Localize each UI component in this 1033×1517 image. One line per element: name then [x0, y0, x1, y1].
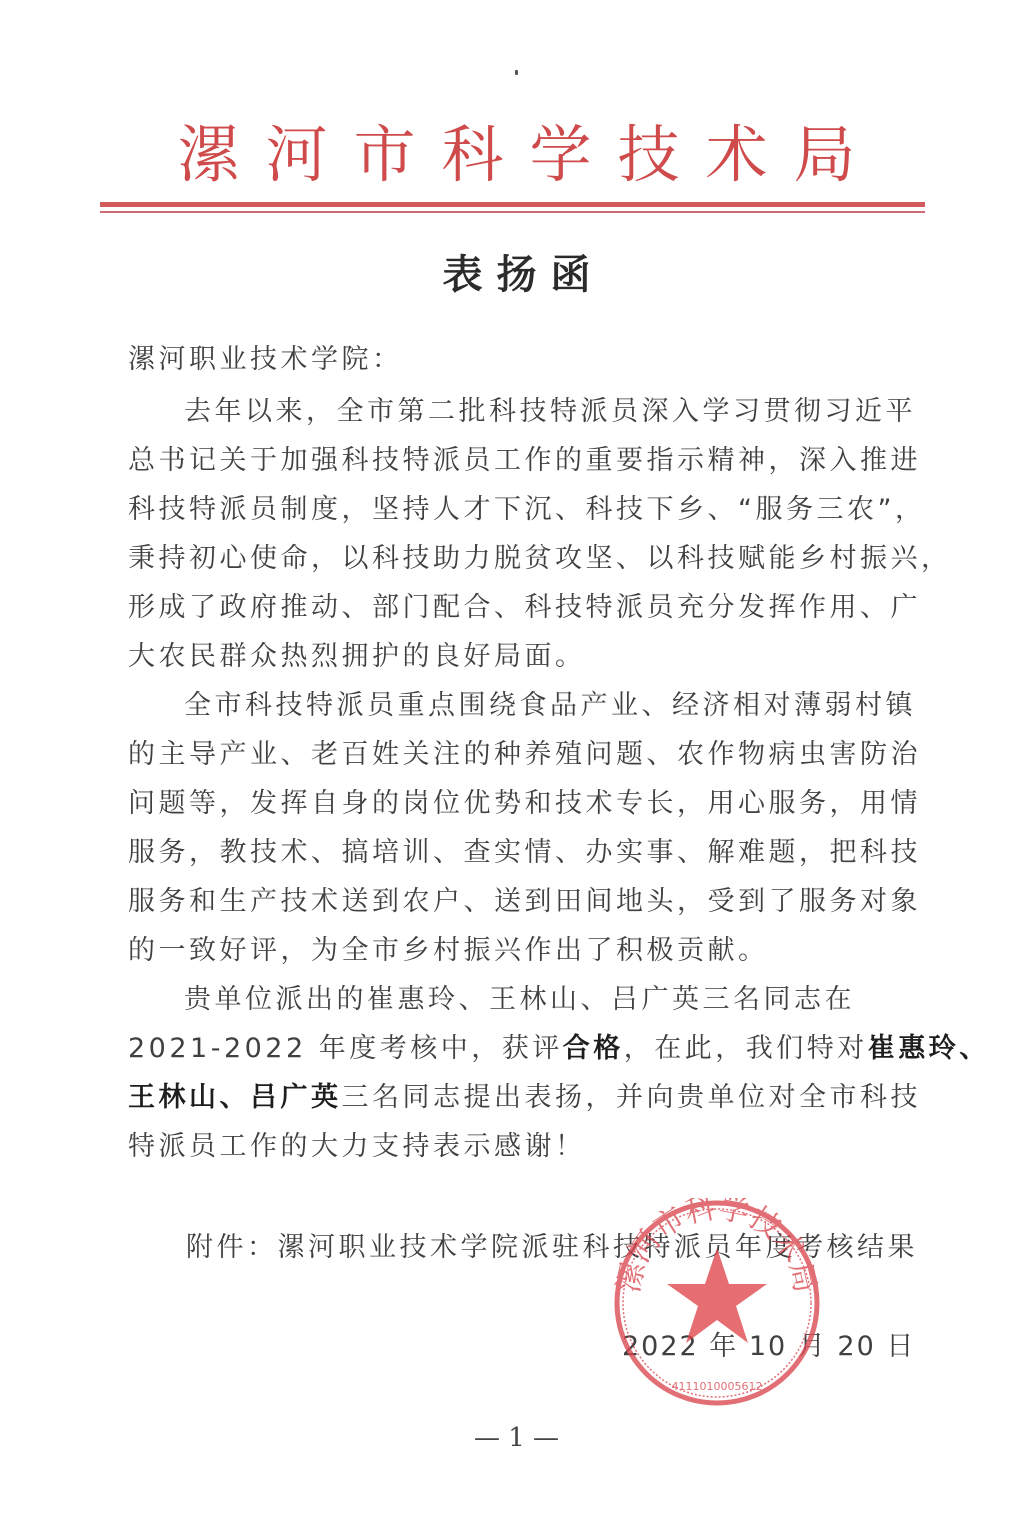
commended-name: 崔惠玲、	[868, 1033, 990, 1064]
paragraph-1-line: 形成了政府推动、部门配合、科技特派员充分发挥作用、广	[128, 583, 918, 632]
paragraph-3-line: 贵单位派出的崔惠玲、王林山、吕广英三名同志在	[128, 975, 918, 1024]
paragraph-2-line: 问题等，发挥自身的岗位优势和技术专长，用心服务，用情	[128, 779, 918, 828]
letterhead-title: 漯河市科学技术局	[0, 110, 1033, 200]
salutation: 漯河职业技术学院：	[128, 335, 918, 384]
paragraph-1-line: 科技特派员制度，坚持人才下沉、科技下乡、“服务三农”，	[128, 485, 918, 534]
paragraph-3-line: 特派员工作的大力支持表示感谢！	[128, 1122, 918, 1171]
paragraph-1-line: 秉持初心使命，以科技助力脱贫攻坚、以科技赋能乡村振兴，	[128, 534, 918, 583]
assessment-period-text: 2021-2022 年度考核中，获评	[128, 1033, 563, 1064]
letterhead-rule-thick	[100, 202, 925, 207]
commended-names: 王林山、吕广英	[128, 1082, 342, 1113]
paragraph-3-text: ，在此，我们特对	[624, 1033, 868, 1064]
paragraph-1: 去年以来，全市第二批科技特派员深入学习贯彻习近平 总书记关于加强科技特派员工作的…	[128, 387, 918, 681]
paragraph-3-line: 王林山、吕广英三名同志提出表扬，并向贵单位对全市科技	[128, 1073, 918, 1122]
scan-artifact-dot	[515, 70, 518, 75]
assessment-result: 合格	[563, 1033, 624, 1064]
paragraph-1-line: 去年以来，全市第二批科技特派员深入学习贯彻习近平	[128, 387, 918, 436]
attachment-note: 附件：漯河职业技术学院派驻科技特派员年度考核结果	[186, 1223, 918, 1272]
paragraph-3-line: 2021-2022 年度考核中，获评合格，在此，我们特对崔惠玲、	[128, 1024, 918, 1073]
paragraph-2: 全市科技特派员重点围绕食品产业、经济相对薄弱村镇 的主导产业、老百姓关注的种养殖…	[128, 681, 918, 975]
paragraph-3-text: 三名同志提出表扬，并向贵单位对全市科技	[342, 1082, 922, 1113]
paragraph-2-line: 全市科技特派员重点围绕食品产业、经济相对薄弱村镇	[128, 681, 918, 730]
paragraph-3: 贵单位派出的崔惠玲、王林山、吕广英三名同志在 2021-2022 年度考核中，获…	[128, 975, 918, 1171]
issue-date: 2022 年 10 月 20 日	[622, 1322, 915, 1371]
paragraph-2-line: 服务，教技术、搞培训、查实情、办实事、解难题，把科技	[128, 828, 918, 877]
paragraph-1-line: 大农民群众热烈拥护的良好局面。	[128, 632, 918, 681]
paragraph-2-line: 的一致好评，为全市乡村振兴作出了积极贡献。	[128, 926, 918, 975]
document-title: 表扬函	[0, 245, 1033, 305]
paragraph-2-line: 服务和生产技术送到农户、送到田间地头，受到了服务对象	[128, 877, 918, 926]
svg-text:4111010005612: 4111010005612	[672, 1380, 763, 1393]
paragraph-1-line: 总书记关于加强科技特派员工作的重要指示精神，深入推进	[128, 436, 918, 485]
letterhead-rule-thin	[100, 211, 925, 213]
page-number: — 1 —	[0, 1418, 1033, 1458]
paragraph-2-line: 的主导产业、老百姓关注的种养殖问题、农作物病虫害防治	[128, 730, 918, 779]
